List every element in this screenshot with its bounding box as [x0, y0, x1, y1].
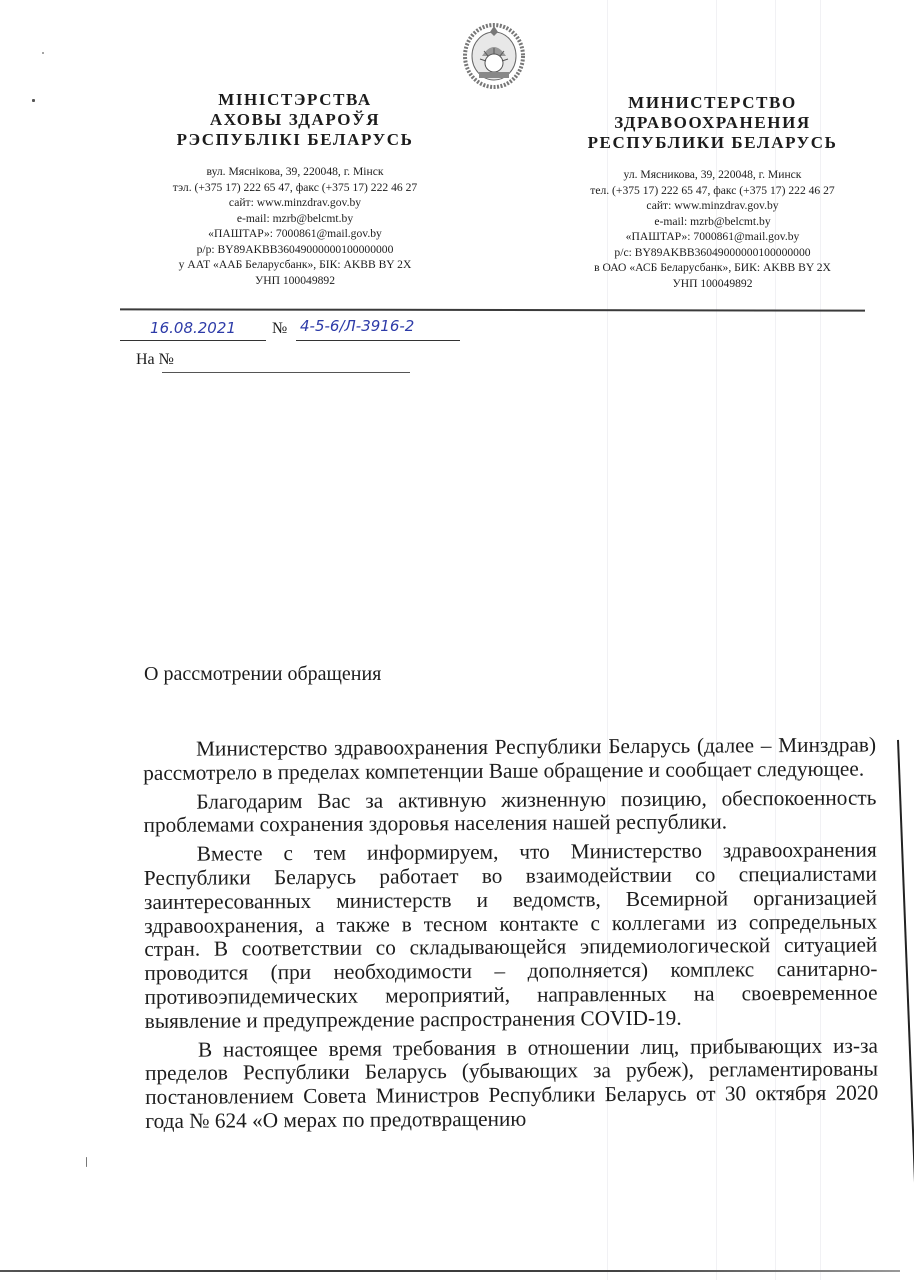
page-edge-right	[897, 740, 914, 1280]
org-name-line: РЭСПУБЛІКІ БЕЛАРУСЬ	[130, 130, 460, 150]
website-line: сайт: www.minzdrav.gov.by	[545, 198, 880, 214]
org-name-line: АХОВЫ ЗДАРОЎЯ	[130, 110, 460, 130]
org-name-russian: МИНИСТЕРСТВО ЗДРАВООХРАНЕНИЯ РЕСПУБЛИКИ …	[545, 93, 880, 153]
scan-speck	[86, 1157, 87, 1167]
page-edge-bottom	[0, 1270, 900, 1272]
bank-name-line: в ОАО «АСБ Беларусбанк», БИК: AKBB BY 2X	[545, 260, 880, 276]
letter-subject: О рассмотрении обращения	[144, 663, 381, 686]
unp-line: УНП 100049892	[545, 276, 880, 292]
pashtar-line: «ПАШТАР»: 7000861@mail.gov.by	[130, 226, 460, 242]
number-label: №	[272, 320, 287, 338]
registration-block: 16.08.2021 № 4-5-6/Л-3916-2 На №	[120, 318, 540, 378]
org-name-line: МИНИСТЕРСТВО	[545, 93, 880, 113]
body-paragraph: Министерство здравоохранения Республики …	[143, 734, 876, 786]
header-russian: МИНИСТЕРСТВО ЗДРАВООХРАНЕНИЯ РЕСПУБЛИКИ …	[545, 93, 880, 291]
org-name-line: ЗДРАВООХРАНЕНИЯ	[545, 113, 880, 133]
org-name-line: МІНІСТЭРСТВА	[130, 90, 460, 110]
scan-speck	[32, 99, 35, 102]
org-name-belarusian: МІНІСТЭРСТВА АХОВЫ ЗДАРОЎЯ РЭСПУБЛІКІ БЕ…	[130, 90, 460, 150]
outgoing-number: 4-5-6/Л-3916-2	[296, 314, 460, 341]
phone-line: тел. (+375 17) 222 65 47, факс (+375 17)…	[545, 183, 880, 199]
body-paragraph: В настоящее время требования в отношении…	[145, 1034, 879, 1134]
header-divider	[120, 308, 865, 311]
bank-account-line: р/р: BY89AKBB36049000000100000000	[130, 242, 460, 258]
outgoing-date: 16.08.2021	[120, 318, 266, 341]
letter-body: Министерство здравоохранения Республики …	[143, 734, 878, 1139]
letter-page: МІНІСТЭРСТВА АХОВЫ ЗДАРОЎЯ РЭСПУБЛІКІ БЕ…	[0, 0, 914, 1280]
address-line: вул. Мяснікова, 39, 220048, г. Мінск	[130, 164, 460, 180]
bank-name-line: у ААТ «ААБ Беларусбанк», БІК: AKBB BY 2X	[130, 257, 460, 273]
website-line: сайт: www.minzdrav.gov.by	[130, 195, 460, 211]
reply-to-field	[162, 352, 410, 373]
unp-line: УНП 100049892	[130, 273, 460, 289]
body-paragraph: Благодарим Вас за активную жизненную поз…	[143, 786, 876, 838]
phone-line: тэл. (+375 17) 222 65 47, факс (+375 17)…	[130, 180, 460, 196]
header-belarusian: МІНІСТЭРСТВА АХОВЫ ЗДАРОЎЯ РЭСПУБЛІКІ БЕ…	[130, 90, 460, 288]
bank-account-line: р/с: BY89AKBB36049000000100000000	[545, 245, 880, 261]
contact-block-belarusian: вул. Мяснікова, 39, 220048, г. Мінск тэл…	[130, 164, 460, 288]
contact-block-russian: ул. Мясникова, 39, 220048, г. Минск тел.…	[545, 167, 880, 291]
pashtar-line: «ПАШТАР»: 7000861@mail.gov.by	[545, 229, 880, 245]
belarus-coat-of-arms-icon	[462, 20, 526, 90]
email-line: e-mail: mzrb@belcmt.by	[130, 211, 460, 227]
body-paragraph: Вместе с тем информируем, что Министерст…	[144, 839, 878, 1034]
org-name-line: РЕСПУБЛИКИ БЕЛАРУСЬ	[545, 133, 880, 153]
address-line: ул. Мясникова, 39, 220048, г. Минск	[545, 167, 880, 183]
email-line: e-mail: mzrb@belcmt.by	[545, 214, 880, 230]
scan-speck	[42, 52, 44, 54]
